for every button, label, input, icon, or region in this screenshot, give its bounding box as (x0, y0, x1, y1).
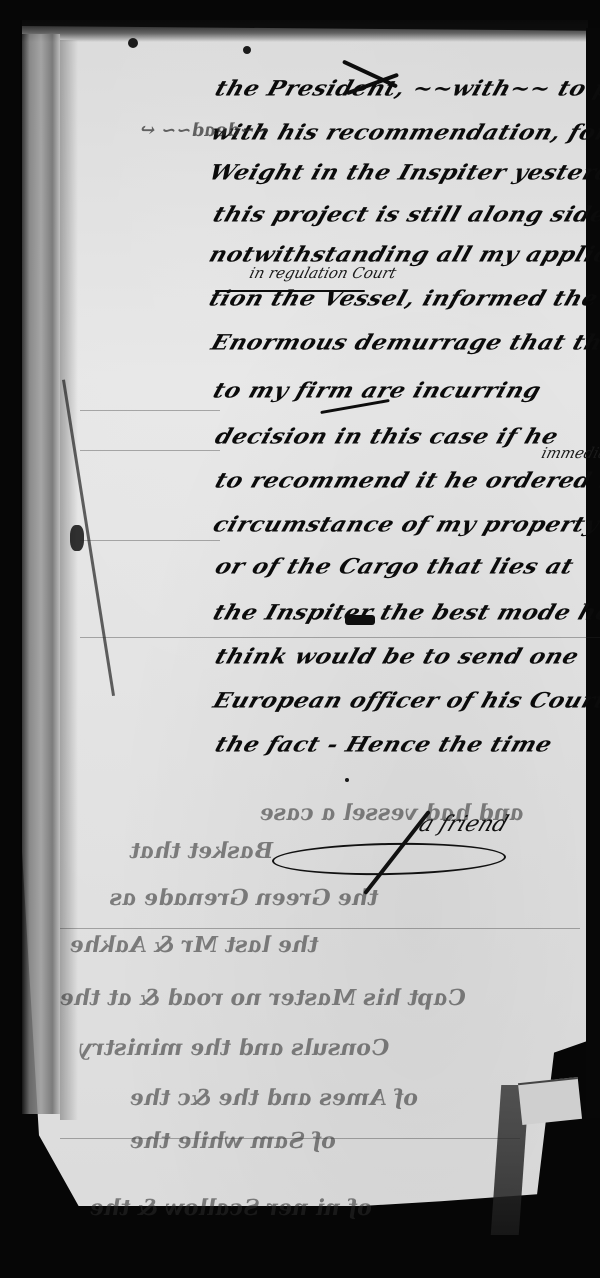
ruled-line (80, 410, 220, 411)
bleed-through-line: Consuls and the ministry (75, 1035, 393, 1061)
ruled-line (80, 637, 600, 638)
bleed-through-line: the Green Grenade as (105, 885, 383, 911)
ink-blot (70, 525, 84, 551)
dust-spot (128, 38, 138, 48)
dust-spot (345, 778, 349, 782)
text-line: the Inspiter the best mode he (210, 600, 600, 625)
text-line: circumstance of my property (210, 512, 600, 537)
strike-mark (215, 290, 365, 292)
left-fold-strip (22, 34, 60, 1114)
bleed-through-line: Capt his Master no road & at the (55, 985, 470, 1011)
text-line: or of the Cargo that lies at (212, 554, 577, 579)
bleed-through-line: of Ames and the &c the (125, 1085, 423, 1111)
ruled-line (80, 450, 220, 451)
right-dark-edge (586, 28, 600, 1118)
bleed-through-line: of Sam while the (125, 1128, 341, 1154)
signature: a friend (415, 812, 511, 837)
margin-note: ~~dead~~ ↩ (136, 120, 274, 141)
bleed-through-line: Basket that (125, 838, 277, 864)
bleed-through-line: of ni ner Scallow & the (85, 1195, 377, 1221)
text-line: this project is still along side (210, 202, 600, 227)
text-line: Weight in the Inspiter yesterday (206, 160, 600, 185)
text-line: think would be to send one (212, 644, 582, 669)
text-line: European officer of his Court (210, 688, 600, 713)
text-line: the fact - Hence the time (212, 732, 556, 757)
text-line: Enormous demurrage that the (208, 330, 600, 355)
dust-spot (243, 46, 251, 54)
text-line: the President, ~~with~~ to present (212, 76, 600, 101)
interlinear-insertion: in regulation Court (248, 264, 399, 282)
bleed-through-line: the last Mr & Aakhe (65, 932, 323, 958)
torn-flap (518, 1077, 582, 1125)
ruled-line (80, 540, 220, 541)
left-fold-shading (60, 40, 78, 1120)
text-line: to recommend it he ordered me (212, 468, 600, 493)
page-top-shadow (22, 20, 588, 42)
text-line: to my firm are incurring (210, 378, 544, 403)
strike-mark (345, 615, 375, 625)
ruled-line (60, 928, 580, 929)
text-line: decision in this case if he (212, 424, 562, 449)
interlinear-insertion: immediate (540, 444, 600, 462)
